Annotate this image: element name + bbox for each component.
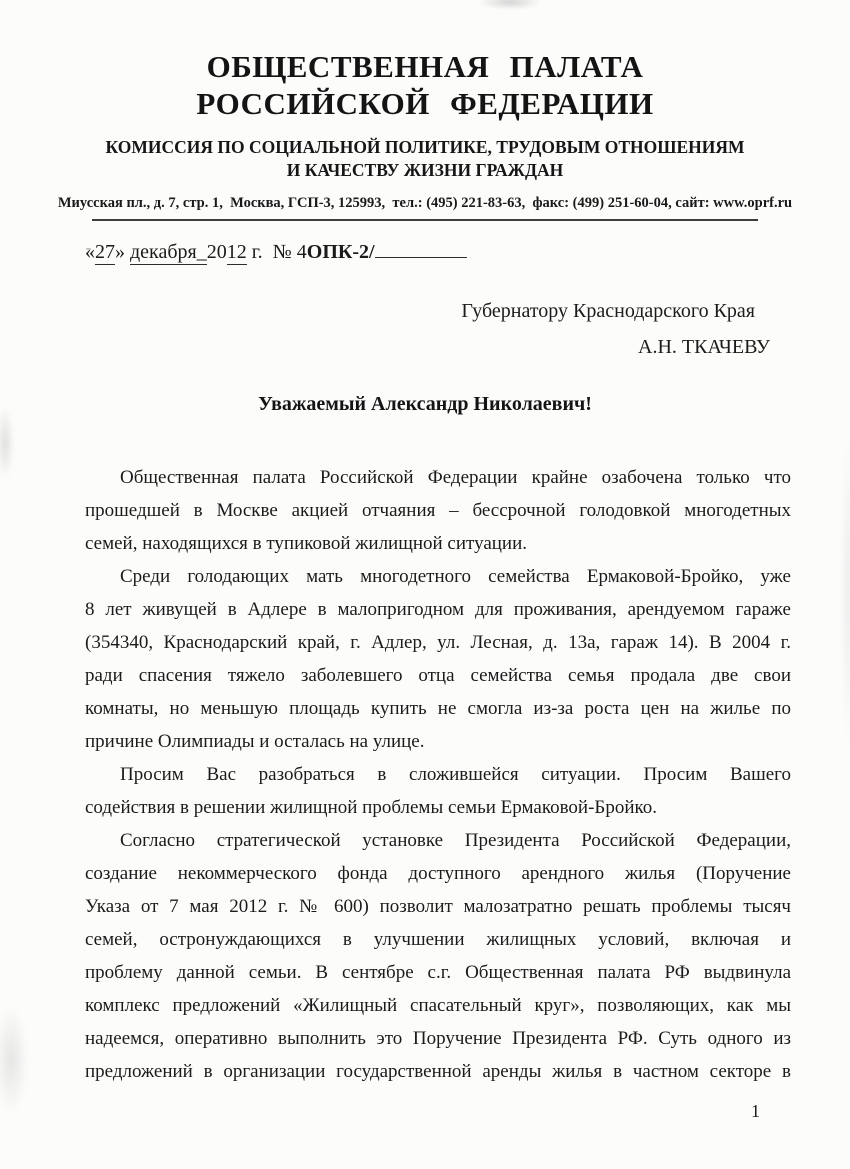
body-line: Согласно стратегической установке Презид… (85, 824, 791, 857)
body-line: причине Олимпиады и осталась на улице. (85, 725, 791, 758)
letter-body: Общественная палата Российской Федерации… (85, 461, 791, 1088)
body-line: проблему данной семьи. В сентябре с.г. О… (85, 956, 791, 989)
body-line: Указа от 7 мая 2012 г. № 600) позволит м… (85, 890, 791, 923)
date-month: декабря_ (130, 241, 207, 265)
letterhead-divider (92, 219, 758, 221)
body-line: содействия в решении жилищной проблемы с… (85, 791, 791, 824)
page-number: 1 (751, 1101, 760, 1122)
scan-speck (86, 248, 91, 250)
addressee-line-2: А.Н. ТКАЧЕВУ (0, 329, 850, 365)
letterhead-address: Миусская пл., д. 7, стр. 1, Москва, ГСП-… (0, 194, 850, 213)
body-line: Среди голодающих мать многодетного семей… (85, 560, 791, 593)
date-quote-open: « (85, 241, 95, 263)
body-line: семей, остронуждающихся в улучшении жили… (85, 923, 791, 956)
reference-number-prefix: № 4 (273, 241, 307, 263)
body-line: создание некоммерческого фонда доступног… (85, 857, 791, 890)
date-century: 20 (207, 241, 227, 263)
reference-number-code: ОПК-2/ (307, 241, 375, 263)
body-line: комнаты, но меньшую площадь купить не см… (85, 692, 791, 725)
scan-smudge (478, 0, 542, 10)
date-day: 27 (95, 241, 115, 265)
commission-line-2: И КАЧЕСТВУ ЖИЗНИ ГРАЖДАН (0, 159, 850, 182)
commission-line-1: КОМИССИЯ ПО СОЦИАЛЬНОЙ ПОЛИТИКЕ, ТРУДОВЫ… (0, 136, 850, 159)
commission-title: КОМИССИЯ ПО СОЦИАЛЬНОЙ ПОЛИТИКЕ, ТРУДОВЫ… (0, 136, 850, 182)
date-year: 12 (227, 241, 247, 265)
body-line: комплекс предложений «Жилищный спасатель… (85, 989, 791, 1022)
body-line: 8 лет живущей в Адлере в малопригодном д… (85, 593, 791, 626)
scanned-letter-page: ОБЩЕСТВЕННАЯ ПАЛАТА РОССИЙСКОЙ ФЕДЕРАЦИИ… (0, 0, 850, 1169)
org-title-line-2: РОССИЙСКОЙ ФЕДЕРАЦИИ (0, 85, 850, 122)
date-quote-close: » (115, 241, 130, 263)
body-line: Просим Вас разобраться в сложившейся сит… (85, 758, 791, 791)
body-line: (354340, Краснодарский край, г. Адлер, у… (85, 626, 791, 659)
scan-smudge (0, 1005, 28, 1115)
salutation: Уважаемый Александр Николаевич! (0, 391, 850, 417)
body-line: надеемся, оперативно выполнить это Поруч… (85, 1022, 791, 1055)
body-line: ради спасения тяжело заболевшего отца се… (85, 659, 791, 692)
letterhead: ОБЩЕСТВЕННАЯ ПАЛАТА РОССИЙСКОЙ ФЕДЕРАЦИИ (0, 48, 850, 122)
body-line: прошедшей в Москве акцией отчаяния – бес… (85, 494, 791, 527)
date-year-suffix: г. (247, 241, 273, 263)
org-title-line-1: ОБЩЕСТВЕННАЯ ПАЛАТА (0, 48, 850, 85)
body-line: семей, находящихся в тупиковой жилищной … (85, 527, 791, 560)
body-line: предложений в организации государственно… (85, 1055, 791, 1088)
addressee-block: Губернатору Краснодарского Края А.Н. ТКА… (0, 293, 850, 365)
reference-line: «27» декабря_2012 г. № 4ОПК-2/ (85, 239, 850, 265)
addressee-line-1: Губернатору Краснодарского Края (0, 293, 850, 329)
reference-number-blank (375, 240, 467, 258)
scan-smudge (841, 430, 850, 750)
body-line: Общественная палата Российской Федерации… (85, 461, 791, 494)
